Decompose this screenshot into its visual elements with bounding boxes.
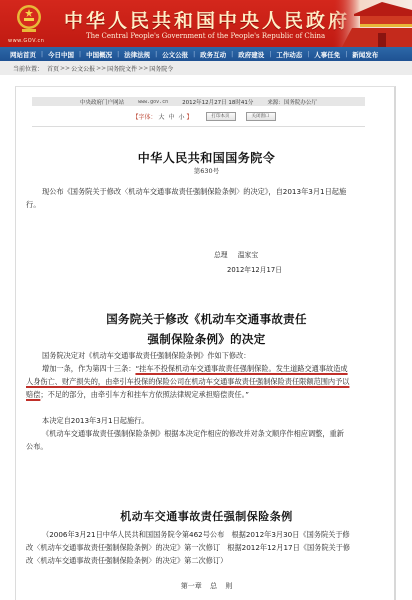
nav-separator: | bbox=[117, 51, 119, 58]
nav-item-laws[interactable]: 法律法规 bbox=[124, 50, 150, 59]
nav-item-work-news[interactable]: 工作动态 bbox=[276, 50, 302, 59]
font-medium-button[interactable]: 中 bbox=[168, 114, 174, 121]
divider bbox=[32, 126, 365, 127]
site-header: www.GOV.cn 中华人民共和国中央人民政府 The Central Peo… bbox=[0, 0, 412, 47]
print-button[interactable]: 打印本页 bbox=[206, 112, 236, 121]
regulation-history: （2006年3月21日中华人民共和国国务院令第462号公布 根据2012年3月3… bbox=[26, 528, 351, 567]
breadcrumb-documents[interactable]: 公文公报 bbox=[71, 64, 95, 73]
nav-item-appointments[interactable]: 人事任免 bbox=[314, 50, 340, 59]
nav-item-china-overview[interactable]: 中国概况 bbox=[86, 50, 112, 59]
tiananmen-image bbox=[332, 0, 412, 47]
breadcrumb-state-council-orders[interactable]: 国务院令 bbox=[149, 64, 173, 73]
nav-item-today-china[interactable]: 今日中国 bbox=[48, 50, 74, 59]
article-meta-bar: 中央政府门户网站 www.gov.cn 2012年12月27日 18时41分 来… bbox=[32, 97, 365, 106]
decision-p2-lead: 增加一条，作为第四十三条： bbox=[42, 364, 135, 373]
nav-separator: | bbox=[41, 51, 43, 58]
breadcrumb-separator: >> bbox=[60, 65, 70, 72]
decision-title: 国务院关于修改《机动车交通事故责任 强制保险条例》的决定 bbox=[16, 309, 397, 349]
signer-title: 总理 bbox=[214, 251, 228, 259]
breadcrumb-prefix: 当前位置： bbox=[13, 64, 43, 73]
decision-p2-rest: ；不足的部分，由牵引车方和挂车方依照法律规定承担赔偿责任。” bbox=[40, 390, 249, 399]
meta-datetime: 2012年12月27日 18时41分 bbox=[182, 98, 253, 106]
order-date: 2012年12月17日 bbox=[227, 264, 282, 274]
decision-paragraph-4: 《机动车交通事故责任强制保险条例》根据本决定作相应的修改并对条文顺序作相应调整，… bbox=[26, 427, 351, 453]
nav-item-government[interactable]: 政府建设 bbox=[238, 50, 264, 59]
breadcrumb: 当前位置： 首页 >> 公文公报 >> 国务院文件 >> 国务院令 bbox=[0, 61, 412, 75]
decision-paragraph-2: 增加一条，作为第四十三条：“挂车不投保机动车交通事故责任强制保险。发生道路交通事… bbox=[26, 362, 351, 401]
decision-paragraph-3: 本决定自2013年3月1日起施行。 bbox=[26, 414, 351, 427]
main-nav: 网站首页 | 今日中国 | 中国概况 | 法律法规 | 公文公报 | 政务互动 … bbox=[0, 47, 412, 61]
site-url: www.GOV.cn bbox=[8, 38, 44, 44]
order-body: 现公布《国务院关于修改〈机动车交通事故责任强制保险条例〉的决定》，自2013年3… bbox=[26, 185, 351, 211]
nav-item-home[interactable]: 网站首页 bbox=[10, 50, 36, 59]
breadcrumb-home[interactable]: 首页 bbox=[47, 64, 59, 73]
nav-item-interaction[interactable]: 政务互动 bbox=[200, 50, 226, 59]
chapter-heading: 第一章 总 则 bbox=[16, 581, 397, 591]
signer-name: 温家宝 bbox=[238, 251, 258, 259]
order-title: 中华人民共和国国务院令 bbox=[16, 149, 397, 166]
breadcrumb-state-council-files[interactable]: 国务院文件 bbox=[107, 64, 137, 73]
site-subtitle: The Central People's Government of the P… bbox=[86, 32, 325, 40]
decision-title-line2: 强制保险条例》的决定 bbox=[16, 329, 397, 349]
font-size-control: 【字体：大中小】 bbox=[132, 112, 192, 121]
font-small-button[interactable]: 小 bbox=[179, 114, 185, 121]
nav-separator: | bbox=[155, 51, 157, 58]
site-title: 中华人民共和国中央人民政府 bbox=[64, 6, 350, 33]
nav-item-press[interactable]: 新闻发布 bbox=[352, 50, 378, 59]
breadcrumb-separator: >> bbox=[96, 65, 106, 72]
font-size-label-close: 】 bbox=[187, 114, 193, 121]
decision-title-line1: 国务院关于修改《机动车交通事故责任 bbox=[16, 309, 397, 329]
nav-separator: | bbox=[193, 51, 195, 58]
order-number: 第630号 bbox=[16, 166, 397, 175]
nav-separator: | bbox=[269, 51, 271, 58]
nav-separator: | bbox=[345, 51, 347, 58]
nav-separator: | bbox=[307, 51, 309, 58]
decision-paragraph-1: 国务院决定对《机动车交通事故责任强制保险条例》作如下修改： bbox=[26, 349, 351, 362]
nav-separator: | bbox=[231, 51, 233, 58]
font-large-button[interactable]: 大 bbox=[158, 114, 164, 121]
regulation-title: 机动车交通事故责任强制保险条例 bbox=[16, 508, 397, 524]
article-tools: 【字体：大中小】 打印本页 关闭窗口 bbox=[16, 110, 397, 122]
national-emblem-icon bbox=[15, 4, 43, 34]
nav-item-documents[interactable]: 公文公报 bbox=[162, 50, 188, 59]
order-signer: 总理 温家宝 bbox=[214, 249, 258, 259]
breadcrumb-separator: >> bbox=[138, 65, 148, 72]
nav-separator: | bbox=[79, 51, 81, 58]
meta-url: www.gov.cn bbox=[138, 99, 168, 105]
close-window-button[interactable]: 关闭窗口 bbox=[246, 112, 276, 121]
meta-origin: 来源：国务院办公厅 bbox=[267, 98, 317, 106]
meta-source-site: 中央政府门户网站 bbox=[80, 98, 124, 106]
article-container: 中央政府门户网站 www.gov.cn 2012年12月27日 18时41分 来… bbox=[15, 86, 396, 600]
font-size-label-open: 【字体： bbox=[132, 114, 156, 121]
